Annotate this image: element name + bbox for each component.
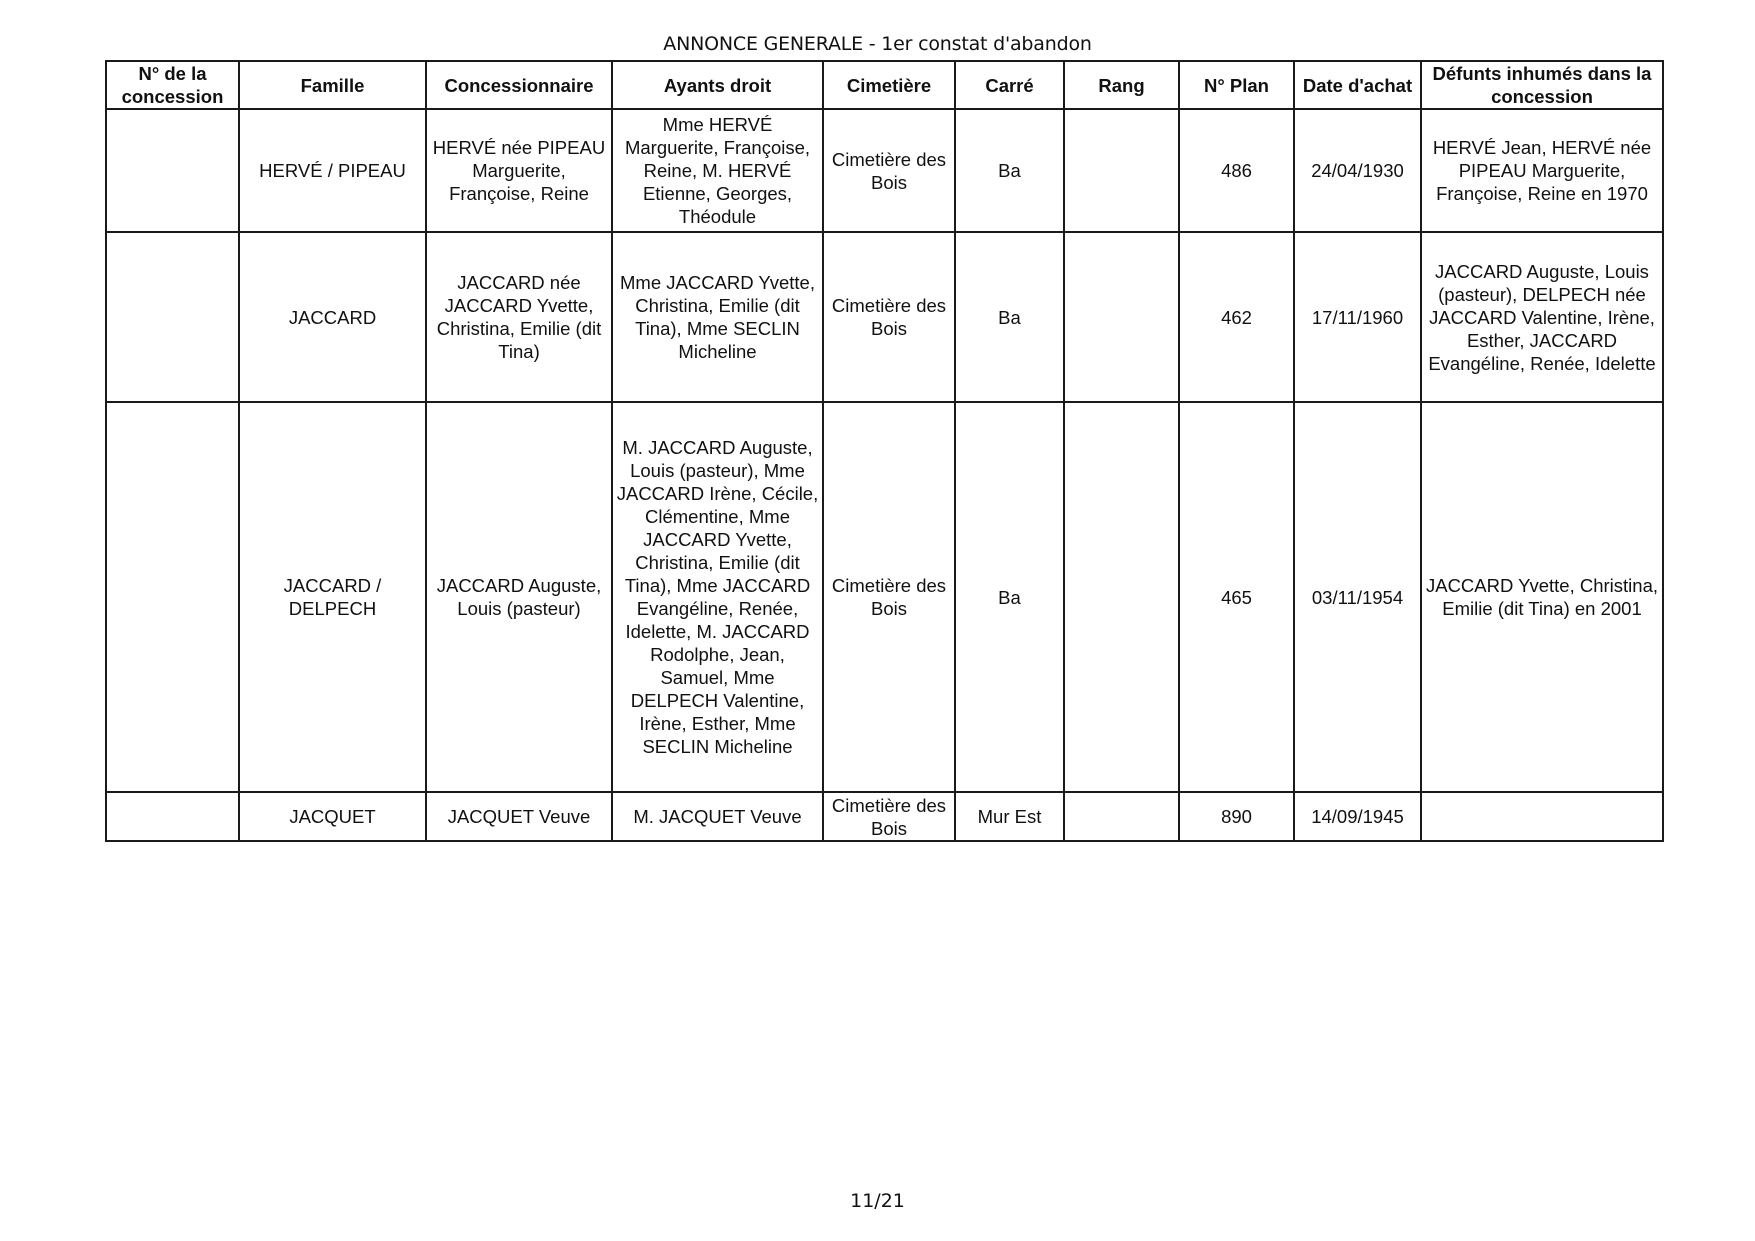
header-defunts: Défunts inhumés dans la concession	[1421, 61, 1663, 109]
cell-rang	[1064, 232, 1179, 402]
cell-date-achat: 14/09/1945	[1294, 792, 1421, 841]
cell-defunts	[1421, 792, 1663, 841]
cell-numero-concession	[106, 232, 239, 402]
concessions-table: N° de la concession Famille Concessionna…	[105, 60, 1664, 842]
cell-famille: JACCARD	[239, 232, 426, 402]
cell-cimetiere: Cimetière des Bois	[823, 232, 955, 402]
table-row: JACCARD JACCARD née JACCARD Yvette, Chri…	[106, 232, 1663, 402]
cell-defunts: JACCARD Auguste, Louis (pasteur), DELPEC…	[1421, 232, 1663, 402]
cell-concessionnaire: JACCARD Auguste, Louis (pasteur)	[426, 402, 612, 792]
cell-concessionnaire: HERVÉ née PIPEAU Marguerite, Françoise, …	[426, 109, 612, 232]
header-carre: Carré	[955, 61, 1064, 109]
cell-numero-concession	[106, 109, 239, 232]
table-header-row: N° de la concession Famille Concessionna…	[106, 61, 1663, 109]
cell-ayants-droit: M. JACCARD Auguste, Louis (pasteur), Mme…	[612, 402, 823, 792]
header-n-plan: N° Plan	[1179, 61, 1294, 109]
cell-cimetiere: Cimetière des Bois	[823, 792, 955, 841]
cell-numero-concession	[106, 402, 239, 792]
cell-ayants-droit: Mme JACCARD Yvette, Christina, Emilie (d…	[612, 232, 823, 402]
cell-n-plan: 486	[1179, 109, 1294, 232]
cell-date-achat: 24/04/1930	[1294, 109, 1421, 232]
header-cimetiere: Cimetière	[823, 61, 955, 109]
cell-ayants-droit: Mme HERVÉ Marguerite, Françoise, Reine, …	[612, 109, 823, 232]
cell-cimetiere: Cimetière des Bois	[823, 402, 955, 792]
cell-carre: Ba	[955, 402, 1064, 792]
cell-famille: JACCARD / DELPECH	[239, 402, 426, 792]
cell-defunts: JACCARD Yvette, Christina, Emilie (dit T…	[1421, 402, 1663, 792]
page-number: 11/21	[0, 1190, 1755, 1212]
cell-n-plan: 890	[1179, 792, 1294, 841]
cell-carre: Ba	[955, 232, 1064, 402]
header-ayants-droit: Ayants droit	[612, 61, 823, 109]
header-concessionnaire: Concessionnaire	[426, 61, 612, 109]
cell-concessionnaire: JACCARD née JACCARD Yvette, Christina, E…	[426, 232, 612, 402]
document-title: ANNONCE GENERALE - 1er constat d'abandon	[0, 33, 1755, 55]
cell-n-plan: 465	[1179, 402, 1294, 792]
header-date-achat: Date d'achat	[1294, 61, 1421, 109]
cell-concessionnaire: JACQUET Veuve	[426, 792, 612, 841]
cell-date-achat: 03/11/1954	[1294, 402, 1421, 792]
cell-n-plan: 462	[1179, 232, 1294, 402]
header-famille: Famille	[239, 61, 426, 109]
cell-ayants-droit: M. JACQUET Veuve	[612, 792, 823, 841]
cell-carre: Mur Est	[955, 792, 1064, 841]
table-row: JACQUET JACQUET Veuve M. JACQUET Veuve C…	[106, 792, 1663, 841]
cell-carre: Ba	[955, 109, 1064, 232]
cell-date-achat: 17/11/1960	[1294, 232, 1421, 402]
cell-cimetiere: Cimetière des Bois	[823, 109, 955, 232]
table-row: HERVÉ / PIPEAU HERVÉ née PIPEAU Margueri…	[106, 109, 1663, 232]
cell-rang	[1064, 109, 1179, 232]
header-numero-concession: N° de la concession	[106, 61, 239, 109]
table-row: JACCARD / DELPECH JACCARD Auguste, Louis…	[106, 402, 1663, 792]
cell-numero-concession	[106, 792, 239, 841]
cell-famille: HERVÉ / PIPEAU	[239, 109, 426, 232]
cell-rang	[1064, 792, 1179, 841]
cell-defunts: HERVÉ Jean, HERVÉ née PIPEAU Marguerite,…	[1421, 109, 1663, 232]
cell-famille: JACQUET	[239, 792, 426, 841]
cell-rang	[1064, 402, 1179, 792]
header-rang: Rang	[1064, 61, 1179, 109]
